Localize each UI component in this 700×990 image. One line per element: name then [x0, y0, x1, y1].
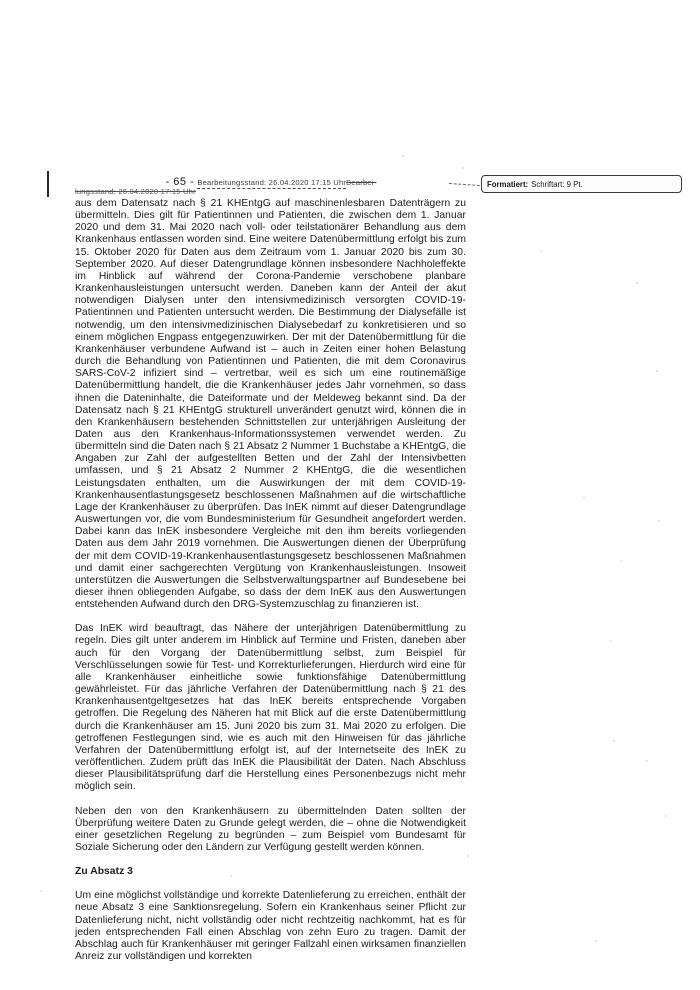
- paragraph: Um eine möglichst vollständige und korre…: [75, 890, 466, 963]
- section-heading: Zu Absatz 3: [75, 866, 466, 878]
- paragraph: aus dem Datensatz nach § 21 KHEntgG auf …: [75, 198, 466, 611]
- scanned-document-page: - 65 - Bearbeitungsstand: 26.04.2020 17:…: [0, 0, 700, 990]
- format-comment-box: Formatiert: Schriftart: 9 Pt.: [481, 175, 682, 193]
- comment-text: Schriftart: 9 Pt.: [531, 180, 583, 189]
- paragraph: Neben den von den Krankenhäusern zu über…: [75, 806, 466, 855]
- revision-deleted-text-part2: lungsstand: 26.04.2020 17:15 Uhr: [75, 187, 196, 196]
- revision-inserted-text: Bearbeitungsstand: 26.04.2020 17:15 Uhr: [197, 178, 346, 189]
- revision-deleted-text-part1: Bearbei-: [346, 178, 376, 187]
- scan-noise: [0, 0, 2, 2]
- tracked-change-bar: [47, 171, 49, 197]
- paragraph: Das InEK wird beauftragt, das Nähere der…: [75, 623, 466, 793]
- document-body: aus dem Datensatz nach § 21 KHEntgG auf …: [75, 198, 466, 975]
- comment-label: Formatiert:: [487, 180, 528, 189]
